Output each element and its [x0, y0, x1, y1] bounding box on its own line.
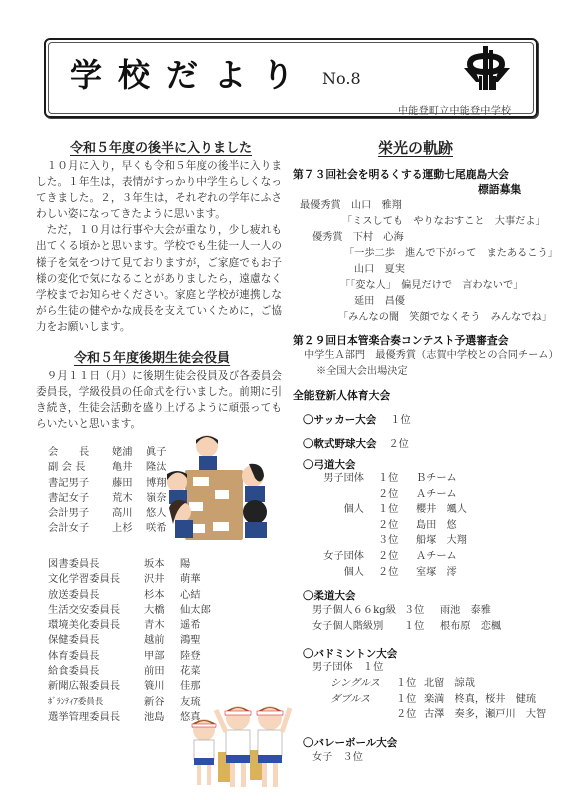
sport-name: 〇サッカー大会	[303, 414, 376, 426]
committee-role: 選挙管理委員長	[48, 710, 144, 725]
result-name: 室塚 澪	[416, 565, 457, 581]
result-category	[330, 707, 396, 723]
result-name: 楽満 柊真，桜井 健琉	[424, 692, 536, 708]
result-category: 男子団体	[312, 471, 364, 487]
softball-result: 〇軟式野球大会２位	[303, 432, 409, 452]
result-name: 北留 諒哉	[424, 676, 475, 692]
chair-surname: 大橋	[144, 603, 180, 618]
result-row: ２位Ａチーム	[312, 487, 467, 503]
result-row: 女子個人階級別１位根布原 恋楓	[312, 619, 501, 635]
school-name: 中能登町立中能登中学校	[398, 102, 511, 117]
result-row: シングルス１位北留 諒哉	[330, 676, 546, 692]
result-name: 根布原 恋楓	[440, 619, 501, 635]
chair-surname: 新谷	[144, 695, 180, 710]
event-title-sports-meet: 全能登新人体育大会	[293, 388, 390, 403]
committee-role: 体育委員長	[48, 649, 144, 664]
result-row: ２位島田 悠	[312, 518, 467, 534]
result-row: 女子団体２位Ａチーム	[312, 549, 467, 565]
result-rank: １位	[404, 619, 440, 635]
officer-surname: 荒木	[112, 491, 146, 506]
result-name: 船塚 大翔	[416, 533, 467, 549]
award-line: 最優秀賞 山口 雅翔	[300, 198, 402, 213]
officer-role: 会 長	[48, 445, 112, 460]
result-rank: ２位	[378, 487, 416, 503]
result-category	[312, 487, 364, 503]
result-rank: ２位	[378, 518, 416, 534]
committee-role: 給食委員長	[48, 664, 144, 679]
slogan-text: 「「変な人」 偏見だけで 言わないで」	[340, 278, 523, 293]
committee-role: 新聞広報委員長	[48, 679, 144, 694]
paragraph: ９月１１日（月）に後期生徒会役員及び各委員会委員長，学級役員の任命式を行いました…	[36, 368, 282, 432]
archery-results: 男子団体１位Ｂチーム ２位Ａチーム 個人１位櫻井 颯人 ２位島田 悠 ３位船塚 …	[312, 471, 467, 580]
volleyball-result: 女子 ３位	[312, 750, 363, 765]
result-rank: ３位	[404, 603, 440, 619]
officer-row: 書記女子荒木嶺奈	[48, 491, 167, 506]
committee-role: 文化学習委員長	[48, 572, 144, 587]
result-rank: １位	[378, 471, 416, 487]
soccer-result: 〇サッカー大会１位	[303, 408, 411, 428]
badminton-title: 〇バドミントン大会	[303, 646, 397, 661]
result-category	[312, 518, 364, 534]
result-rank: ２位	[396, 707, 424, 723]
committee-role: 放送委員長	[48, 588, 144, 603]
event-title-social-campaign: 第７３回社会を明るくする運動七尾鹿島大会	[293, 167, 509, 182]
award-name: 山口 夏実	[354, 262, 405, 277]
chair-given-name: 仙太郎	[180, 603, 211, 618]
band-contest-result: 中学生Ａ部門 最優秀賞（志賀中学校との合同チーム）	[304, 348, 559, 363]
result-name: Ａチーム	[416, 487, 457, 503]
chair-surname: 坂本	[144, 557, 180, 572]
chair-given-name: 陸登	[180, 649, 201, 664]
result-category: 女子個人階級別	[312, 619, 398, 635]
slogan-text: 「みんなの闇 笑顔でなくそう みんなでね」	[338, 310, 552, 325]
result-rank: １位	[378, 502, 416, 518]
archery-title: 〇弓道大会	[303, 457, 356, 472]
result-row: 男子個人６６kg級３位雨池 泰雅	[312, 603, 501, 619]
cheering-students-illustration	[182, 700, 294, 792]
result-category: 個人	[312, 502, 364, 518]
committee-row: 文化学習委員長沢井萌華	[48, 572, 211, 587]
officer-role: 会計女子	[48, 521, 112, 536]
result-rank: １位	[396, 676, 424, 692]
chair-given-name: 遥希	[180, 618, 201, 633]
newsletter-title: 学校だより	[70, 55, 310, 95]
result-name: 櫻井 颯人	[416, 502, 467, 518]
result-row: ダブルス１位楽満 柊真，桜井 健琉	[330, 692, 546, 708]
chair-surname: 越前	[144, 633, 180, 648]
officer-row: 副 会 長亀井隆汰	[48, 460, 167, 475]
committee-role: 保健委員長	[48, 633, 144, 648]
second-half-body: １０月に入り，早くも令和５年度の後半に入りました。１年生は，表情がすっかり中学生…	[36, 158, 282, 335]
slogan-text: 「一歩二歩 進んで下がって またあるこう」	[344, 246, 558, 261]
result-category: 男子個人６６kg級	[312, 603, 398, 619]
chair-surname: 杉本	[144, 588, 180, 603]
result-name: 雨池 泰雅	[440, 603, 491, 619]
committee-row: 生活交安委員長大橋仙太郎	[48, 603, 211, 618]
officer-role: 書記男子	[48, 476, 112, 491]
committee-role: 生活交安委員長	[48, 603, 144, 618]
chair-given-name: 萌華	[180, 572, 201, 587]
chair-surname: 甲部	[144, 649, 180, 664]
result-name: Ｂチーム	[416, 471, 457, 487]
officer-list: 会 長姥浦眞子 副 会 長亀井隆汰 書記男子藤田博翔 書記女子荒木嶺奈 会計男子…	[48, 445, 167, 537]
result-rank: ２位	[378, 565, 416, 581]
chair-given-name: 花菜	[180, 664, 201, 679]
result-rank: １位	[396, 692, 424, 708]
result-name: 島田 悠	[416, 518, 457, 534]
paragraph: ただ，１０月は行事や大会が重なり，少し疲れも出てくる頃かと思います。学校でも生徒…	[36, 222, 282, 335]
sport-name: 〇軟式野球大会	[303, 438, 377, 450]
officer-surname: 姥浦	[112, 445, 146, 460]
sport-rank: ２位	[389, 439, 409, 450]
section-heading-student-council: 令和５年度後期生徒会役員	[74, 347, 230, 366]
result-name: Ａチーム	[416, 549, 457, 565]
chair-given-name: 陽	[180, 557, 190, 572]
result-rank: ３位	[378, 533, 416, 549]
officer-surname: 藤田	[112, 476, 146, 491]
award-name: 延田 昌優	[354, 294, 405, 309]
committee-role: 環境美化委員長	[48, 618, 144, 633]
result-row: 個人２位室塚 澪	[312, 565, 467, 581]
judo-results: 男子個人６６kg級３位雨池 泰雅 女子個人階級別１位根布原 恋楓	[312, 603, 501, 634]
result-category: 個人	[312, 565, 364, 581]
issue-number: No.8	[322, 69, 361, 88]
result-row: ３位船塚 大翔	[312, 533, 467, 549]
result-category	[312, 533, 364, 549]
paragraph: １０月に入り，早くも令和５年度の後半に入りました。１年生は，表情がすっかり中学生…	[36, 158, 282, 222]
badminton-team-result: 男子団体 １位	[312, 660, 383, 675]
award-name: 山口 雅翔	[351, 200, 402, 211]
chair-surname: 簑川	[144, 679, 180, 694]
student-council-body: ９月１１日（月）に後期生徒会役員及び各委員会委員長，学級役員の任命式を行いました…	[36, 368, 282, 432]
officer-role: 会計男子	[48, 506, 112, 521]
officer-row: 会計女子上杉咲希	[48, 521, 167, 536]
committee-row: 保健委員長越前鴻聖	[48, 633, 211, 648]
volleyball-title: 〇バレーボール大会	[303, 735, 397, 750]
officer-row: 書記男子藤田博翔	[48, 476, 167, 491]
meeting-students-illustration	[163, 432, 283, 542]
committee-row: 給食委員長前田花菜	[48, 664, 211, 679]
result-row: 個人１位櫻井 颯人	[312, 502, 467, 518]
officer-role: 副 会 長	[48, 460, 112, 475]
event-subtitle-slogan: 標語募集	[478, 182, 521, 197]
officer-row: 会計男子高川悠人	[48, 506, 167, 521]
result-category: シングルス	[330, 676, 396, 692]
section-heading-achievements: 栄光の軌跡	[378, 137, 453, 158]
award-label: 優秀賞	[312, 232, 343, 243]
committee-row: 体育委員長甲部陸登	[48, 649, 211, 664]
award-name: 下村 心海	[353, 232, 404, 243]
committee-role: ﾎﾞﾗﾝﾃｨｱ委員長	[48, 695, 144, 710]
event-title-band-contest: 第２９回日本管楽合奏コンテスト予選審査会	[293, 333, 509, 348]
result-category: ダブルス	[330, 692, 396, 708]
school-emblem-icon	[462, 46, 512, 92]
chair-given-name: 佳那	[180, 679, 201, 694]
committee-row: 新聞広報委員長簑川佳那	[48, 679, 211, 694]
badminton-results: シングルス１位北留 諒哉 ダブルス１位楽満 柊真，桜井 健琉 ２位古澤 奏多，瀬…	[330, 676, 546, 723]
result-rank: ２位	[378, 549, 416, 565]
band-contest-note: ※全国大会出場決定	[316, 364, 408, 379]
award-label: 最優秀賞	[300, 200, 341, 211]
committee-row: 放送委員長杉本心結	[48, 588, 211, 603]
chair-surname: 沢井	[144, 572, 180, 587]
officer-surname: 高川	[112, 506, 146, 521]
section-heading-second-half: 令和５年度の後半に入りました	[70, 137, 252, 156]
officer-row: 会 長姥浦眞子	[48, 445, 167, 460]
committee-row: 図書委員長坂本陽	[48, 557, 211, 572]
slogan-text: 「ミスしても やりなおすこと 大事だよ」	[342, 214, 546, 229]
officer-surname: 亀井	[112, 460, 146, 475]
officer-surname: 上杉	[112, 521, 146, 536]
officer-role: 書記女子	[48, 491, 112, 506]
chair-surname: 前田	[144, 664, 180, 679]
chair-surname: 池島	[144, 710, 180, 725]
committee-role: 図書委員長	[48, 557, 144, 572]
chair-given-name: 心結	[180, 588, 201, 603]
chair-surname: 青木	[144, 618, 180, 633]
chair-given-name: 鴻聖	[180, 633, 201, 648]
committee-row: 環境美化委員長青木遥希	[48, 618, 211, 633]
sport-rank: １位	[390, 415, 410, 426]
result-name: 古澤 奏多，瀬戸川 大智	[424, 707, 546, 723]
result-category: 女子団体	[312, 549, 364, 565]
judo-title: 〇柔道大会	[303, 588, 356, 603]
result-row: 男子団体１位Ｂチーム	[312, 471, 467, 487]
result-row: ２位古澤 奏多，瀬戸川 大智	[330, 707, 546, 723]
award-line: 優秀賞 下村 心海	[312, 230, 404, 245]
